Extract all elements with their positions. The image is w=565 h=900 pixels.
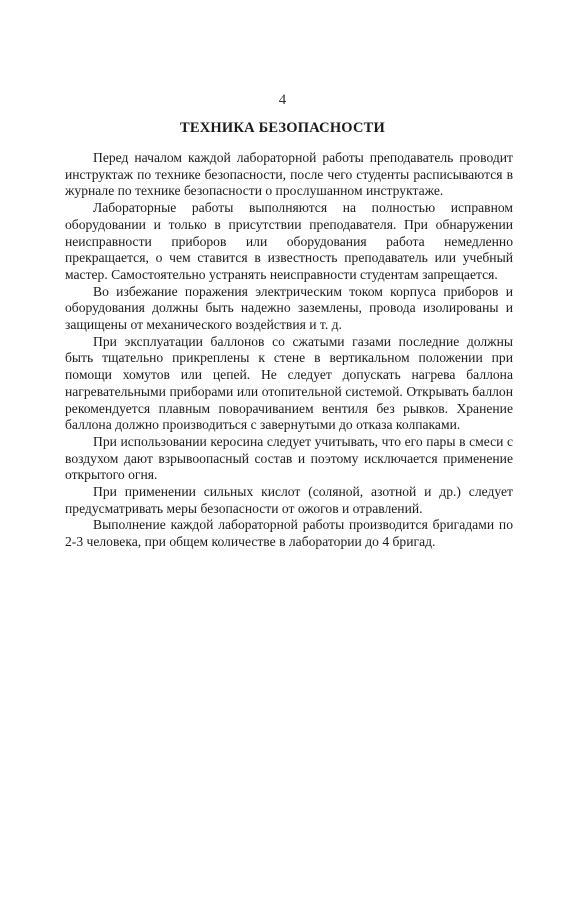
paragraph-kerosene: При использовании керосина следует учиты… [65,434,513,484]
paragraph-briefing: Перед началом каждой лабораторной работы… [65,150,513,200]
paragraph-electrical: Во избежание поражения электрическим ток… [65,284,513,334]
paragraph-acids: При применении сильных кислот (соляной, … [65,484,513,517]
paragraph-teams: Выполнение каждой лабораторной работы пр… [65,517,513,550]
document-body: Перед началом каждой лабораторной работы… [65,150,513,551]
paragraph-equipment: Лабораторные работы выполняются на полно… [65,200,513,284]
page-title: ТЕХНИКА БЕЗОПАСНОСТИ [0,120,565,137]
paragraph-gas-cylinders: При эксплуатации баллонов со сжатыми газ… [65,334,513,434]
page-number: 4 [0,92,565,109]
